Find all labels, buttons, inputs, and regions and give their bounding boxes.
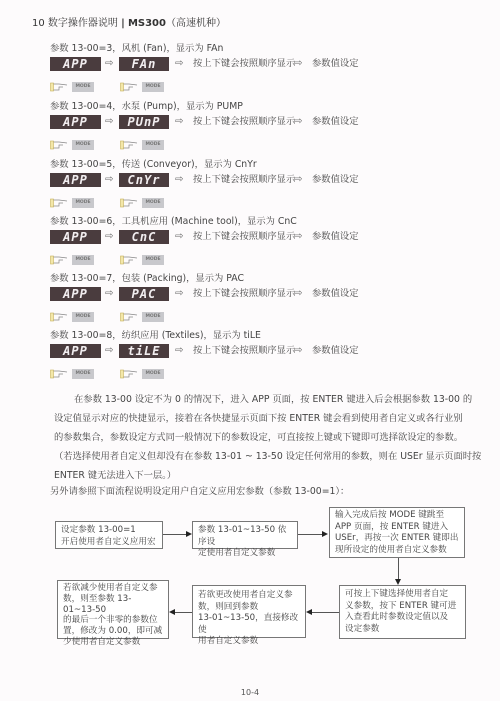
connector-line <box>312 612 339 613</box>
final-text: 参数值设定 <box>312 344 359 358</box>
mode-button[interactable]: MODE <box>142 369 164 379</box>
arrowhead-left-icon <box>306 609 312 615</box>
connector-line <box>163 534 187 535</box>
page-number: 10-4 <box>0 688 500 697</box>
flow-box-step3: 输入完成后按 MODE 键跳至 APP 页面，按 ENTER 键进入 USEr，… <box>329 507 465 558</box>
arrow-icon: ⇨ <box>175 230 183 244</box>
flow-box-step2: 参数 13-01~13-50 依序设 定使用者自定义参数 <box>192 521 298 549</box>
step-text: 按上下键会按照顺序显示 <box>193 173 295 187</box>
mode-button[interactable]: MODE <box>142 255 164 265</box>
app-display: APP <box>50 173 101 187</box>
code-display: CnYr <box>119 173 169 187</box>
row-label: 参数 13-00=5，传送 (Conveyor)，显示为 CnYr <box>50 156 257 170</box>
hand-press-icon <box>50 140 70 150</box>
chapter-title: 10 数字操作器说明 <box>32 18 118 29</box>
row-label: 参数 13-00=7，包装 (Packing)，显示为 PAC <box>50 270 244 284</box>
final-text: 参数值设定 <box>312 115 359 129</box>
final-text: 参数值设定 <box>312 57 359 71</box>
flow-box-line: 若欲减少使用者自定义参 <box>63 583 163 594</box>
flow-box-line: 13-01~13-50，直接修改使 <box>198 613 300 636</box>
flow-box-step4: 可按上下键选择使用者自定 义参数，按下 ENTER 键可进 入查看此时参数设定值… <box>339 585 466 639</box>
row-label: 参数 13-00=3，风机 (Fan)，显示为 FAn <box>50 40 223 54</box>
mode-button[interactable]: MODE <box>142 312 164 322</box>
code-display: PUnP <box>119 115 169 129</box>
hand-press-icon <box>120 82 140 92</box>
flow-box-line: USEr，再按一次 ENTER 键即出 <box>335 533 459 545</box>
header-separator: | <box>121 18 125 29</box>
flow-box-line: 开启使用者自定义应用宏 <box>61 537 157 549</box>
hand-press-icon <box>50 82 70 92</box>
final-text: 参数值设定 <box>312 287 359 301</box>
flow-box-line: 用者自定义参数 <box>198 636 300 648</box>
model-name: MS300 <box>128 18 166 29</box>
hand-press-icon <box>50 198 70 208</box>
flow-box-line: APP 页面，按 ENTER 键进入 <box>335 522 459 534</box>
arrow-icon: ⇨ <box>175 173 183 187</box>
flow-box-line: 少使用者自定义参数 <box>63 637 163 648</box>
connector-line <box>175 612 192 613</box>
flow-box-line: 设定参数 <box>345 624 460 636</box>
mode-button[interactable]: MODE <box>72 198 94 208</box>
flow-box-line: 数，则回到参数 <box>198 602 300 614</box>
step-text: 按上下键会按照顺序显示 <box>193 344 295 358</box>
arrow-icon: ⇨ <box>105 115 113 129</box>
flow-box-line: 定使用者自定义参数 <box>198 548 292 560</box>
flow-box-line: 置，修改为 0.00，即可减 <box>63 626 163 637</box>
flow-box-line: 义参数，按下 ENTER 键可进 <box>345 601 460 613</box>
app-display: APP <box>50 57 101 71</box>
hand-press-icon <box>120 140 140 150</box>
arrowhead-right-icon <box>322 531 328 537</box>
mode-button[interactable]: MODE <box>72 140 94 150</box>
connector-line <box>298 534 323 535</box>
mode-button[interactable]: MODE <box>142 82 164 92</box>
mode-button[interactable]: MODE <box>142 198 164 208</box>
arrow-icon: ⇨ <box>175 115 183 129</box>
app-display: APP <box>50 287 101 301</box>
hand-press-icon <box>50 312 70 322</box>
code-display: CnC <box>119 230 169 244</box>
model-note: （高速机种） <box>166 18 226 29</box>
step-text: 按上下键会按照顺序显示 <box>193 115 295 129</box>
arrow-icon: ⇨ <box>294 287 302 301</box>
arrow-icon: ⇨ <box>105 287 113 301</box>
mode-button[interactable]: MODE <box>72 82 94 92</box>
hand-press-icon <box>50 255 70 265</box>
arrow-icon: ⇨ <box>294 57 302 71</box>
flow-box-line: 的最后一个非零的参数位 <box>63 615 163 626</box>
hand-press-icon <box>120 369 140 379</box>
hand-press-icon <box>120 198 140 208</box>
paragraph-line: （若选择使用者自定义但却没有在参数 13-01 ~ 13-50 设定任何常用的参… <box>54 447 484 466</box>
arrow-icon: ⇨ <box>294 173 302 187</box>
arrow-icon: ⇨ <box>294 115 302 129</box>
flow-box-line: 输入完成后按 MODE 键跳至 <box>335 510 459 522</box>
flow-box-line: 现所设定的使用者自定义参数 <box>335 545 459 557</box>
flow-box-step6: 若欲减少使用者自定义参 数，则至参数 13-01~13-50 的最后一个非零的参… <box>57 580 169 639</box>
code-display: tiLE <box>119 344 169 358</box>
final-text: 参数值设定 <box>312 230 359 244</box>
step-text: 按上下键会按照顺序显示 <box>193 57 295 71</box>
arrowhead-left-icon <box>169 609 175 615</box>
arrow-icon: ⇨ <box>294 344 302 358</box>
mode-button[interactable]: MODE <box>142 140 164 150</box>
flow-box-line: 若欲更改使用者自定义参 <box>198 590 300 602</box>
connector-line <box>398 558 399 580</box>
flow-intro: 另外请参照下面流程说明设定用户自定义应用宏参数（参数 13-00=1）： <box>50 483 349 497</box>
flow-box-step5: 若欲更改使用者自定义参 数，则回到参数 13-01~13-50，直接修改使 用者… <box>192 585 306 638</box>
arrow-icon: ⇨ <box>105 57 113 71</box>
final-text: 参数值设定 <box>312 173 359 187</box>
paragraph-line: 在参数 13-00 设定不为 0 的情况下，进入 APP 页面，按 ENTER … <box>54 390 484 409</box>
mode-button[interactable]: MODE <box>72 369 94 379</box>
page-header: 10 数字操作器说明 | MS300（高速机种） <box>32 14 226 29</box>
app-display: APP <box>50 230 101 244</box>
flow-box-line: 数，则至参数 13-01~13-50 <box>63 594 163 616</box>
arrow-icon: ⇨ <box>175 287 183 301</box>
paragraph-line: 的参数集合，参数设定方式同一般情况下的参数设定，可直接按上键或下键即可选择欲设定… <box>54 428 484 447</box>
code-display: FAn <box>119 57 169 71</box>
row-label: 参数 13-00=6，工具机应用 (Machine tool)，显示为 CnC <box>50 213 297 227</box>
app-display: APP <box>50 344 101 358</box>
flow-box-line: 参数 13-01~13-50 依序设 <box>198 525 292 548</box>
arrow-icon: ⇨ <box>105 230 113 244</box>
flow-box-step1: 设定参数 13-00=1 开启使用者自定义应用宏 <box>55 521 163 549</box>
paragraph-line: 设定值显示对应的快捷显示，接着在各快捷显示页面下按 ENTER 键会看到使用者自… <box>54 409 484 428</box>
flow-box-line: 入查看此时参数设定值以及 <box>345 612 460 624</box>
row-label: 参数 13-00=4，水泵 (Pump)，显示为 PUMP <box>50 98 243 112</box>
mode-button[interactable]: MODE <box>72 255 94 265</box>
arrow-icon: ⇨ <box>105 344 113 358</box>
step-text: 按上下键会按照顺序显示 <box>193 287 295 301</box>
app-display: APP <box>50 115 101 129</box>
flow-box-line: 设定参数 13-00=1 <box>61 525 157 537</box>
arrow-icon: ⇨ <box>294 230 302 244</box>
row-label: 参数 13-00=8，纺织应用 (Textiles)，显示为 tiLE <box>50 327 261 341</box>
arrow-icon: ⇨ <box>175 344 183 358</box>
hand-press-icon <box>120 255 140 265</box>
hand-press-icon <box>120 312 140 322</box>
flow-box-line: 可按上下键选择使用者自定 <box>345 589 460 601</box>
step-text: 按上下键会按照顺序显示 <box>193 230 295 244</box>
arrow-icon: ⇨ <box>175 57 183 71</box>
mode-button[interactable]: MODE <box>72 312 94 322</box>
hand-press-icon <box>50 369 70 379</box>
explanation-paragraph: 在参数 13-00 设定不为 0 的情况下，进入 APP 页面，按 ENTER … <box>54 390 484 485</box>
code-display: PAC <box>119 287 169 301</box>
arrow-icon: ⇨ <box>105 173 113 187</box>
